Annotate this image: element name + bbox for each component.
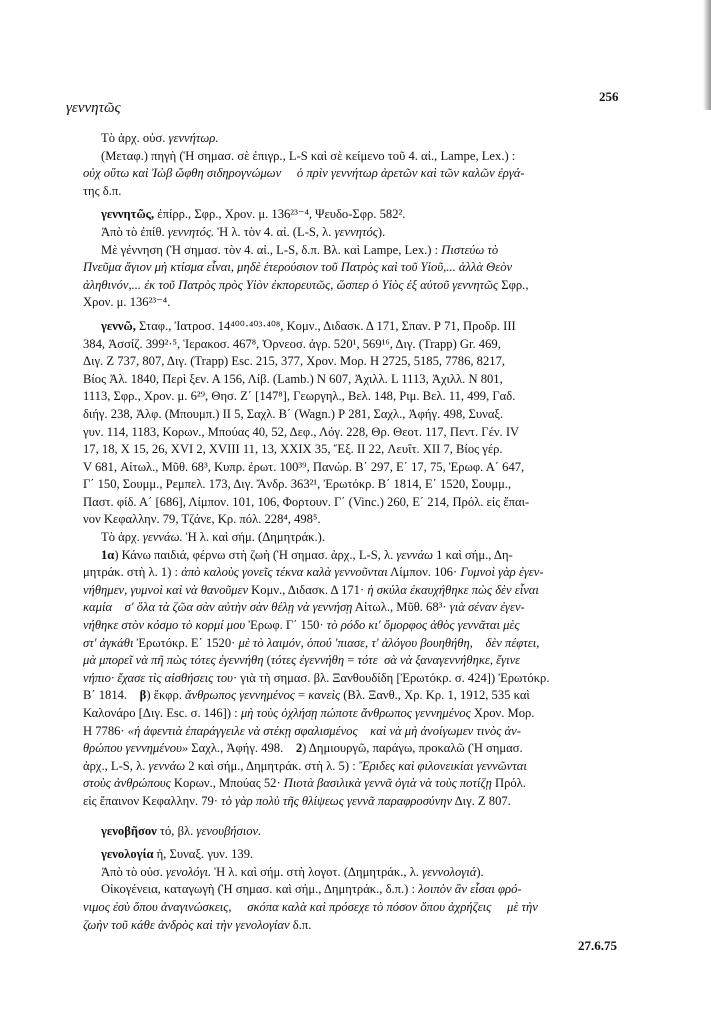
quotation-text: καμία σ' ὅλα τὰ ζῶα σὰν αὐτὴν σὰν θέλῃ ν… (83, 600, 352, 614)
quotation-text: Πιοτὰ βασιλικὰ γεννᾶ ὀγιὰ νὰ τοὺς ποτίζῃ (284, 776, 492, 790)
text-line: νήθημεν, γυμνοὶ καὶ νὰ θανοῦμεν Κομν., Δ… (83, 582, 623, 600)
text-segment: Γ΄ 150, Σουμμ., Ρεμπελ. 173, Διγ. Ἄνδρ. … (83, 477, 511, 491)
text-segment: Παστ. φίδ. Α΄ [686], Λίμπον. 101, 106, Φ… (83, 495, 529, 509)
text-segment: Τὸ ἀρχ. (101, 530, 143, 544)
quotation-text: Πνεῦμα ἅγιον μὴ κτίσμα εἶναι, μηδὲ ἑτερο… (83, 260, 512, 274)
text-line: θρώπου γεννημένου» Σαχλ., Ἀφήγ. 498. 2) … (83, 740, 623, 758)
text-segment: 17, 18, Χ 15, 26, XVI 2, XVIII 11, 13, X… (83, 442, 503, 456)
text-segment: · γιὰ τὴ σημασ. βλ. Ξανθουδίδη [Ἐρωτόκρ.… (233, 671, 550, 685)
quotation-text: γεννητός (335, 225, 378, 239)
text-segment: ). (378, 225, 385, 239)
quotation-text: τότε σὰ νὰ ξαναγεννήθηκε, ἔγινε (358, 653, 521, 667)
quotation-text: «ἡ ἀφεντιὰ ἐπαράγγειλε νὰ στέκῃ σφαλισμέ… (128, 724, 521, 738)
quotation-text: στοὺς ἀνθρώπους (83, 776, 171, 790)
quotation-text: μὲ τὸ λαιμόν, ὁπού 'πιασε, τ' ἀλόγου βου… (238, 636, 539, 650)
text-segment: διήγ. 238, Ἀλφ. (Μπουμπ.) II 5, Σαχλ. Β΄… (83, 407, 503, 421)
text-segment: Σαχλ., Ἀφήγ. 498. (188, 741, 296, 755)
text-line: στ' ἀγκάθι Ἐρωτόκρ. Ε΄ 1520· μὲ τὸ λαιμό… (83, 635, 623, 653)
text-line: διήγ. 238, Ἀλφ. (Μπουμπ.) II 5, Σαχλ. Β΄… (83, 406, 623, 424)
text-line: 17, 18, Χ 15, 26, XVI 2, XVIII 11, 13, X… (83, 441, 623, 459)
text-line: Χρον. μ. 136²³⁻⁴. (83, 294, 623, 312)
quotation-text: γεννάω. (143, 530, 183, 544)
text-segment: Ἀπὸ τὸ ἐπίθ. (101, 225, 168, 239)
text-segment: ) Δημιουργῶ, παράγω, προκαλῶ (Ἡ σημασ. (302, 741, 523, 755)
text-segment: Λίμπον. 106· (388, 565, 461, 579)
text-line: Ἀπὸ τὸ οὐσ. γενολόγι. Ἡ λ. καὶ σήμ. στὴ … (83, 864, 623, 882)
text-segment: ἀρχ., L-S, λ. (83, 759, 149, 773)
headword: γενολογία (101, 847, 154, 861)
text-segment: Μὲ γέννηση (Ἡ σημασ. τὸν 4. αἰ., L-S, δ.… (101, 243, 441, 257)
text-segment: δ.π. (290, 918, 312, 932)
text-line: ἀληθινόν,... ἐκ τοῦ Πατρὸς πρὸς Υἱὸν ἐκπ… (83, 277, 623, 295)
text-line: 1α) Κάνω παιδιά, φέρνω στὴ ζωὴ (Ἡ σημασ.… (83, 547, 623, 565)
text-segment: Κορων., Μπούας 52· (171, 776, 284, 790)
dictionary-body: Τὸ ἀρχ. οὐσ. γεννήτωρ.(Μεταφ.) πηγὴ (Ἡ σ… (83, 130, 623, 934)
quotation-text: γενουβήσιον. (196, 824, 261, 838)
text-segment: Ἡ λ. καὶ σήμ. στὴ λογοτ. (Δημητράκ., λ. (211, 865, 422, 879)
text-line: Τὸ ἀρχ. οὐσ. γεννήτωρ. (83, 130, 623, 148)
text-line: της δ.π. (83, 183, 623, 201)
text-segment: μητράκ. στὴ λ. 1) : (83, 565, 181, 579)
text-line: μητράκ. στὴ λ. 1) : ἀπὸ καλοὺς γονεῖς τέ… (83, 564, 623, 582)
text-segment: (Βλ. Ξανθ., Χρ. Κρ. 1, 1912, 535 καὶ (340, 688, 530, 702)
quotation-text: ἄνθρωπος γεννημένος (185, 688, 295, 702)
text-line: καμία σ' ὅλα τὰ ζῶα σὰν αὐτὴν σὰν θέλῃ ν… (83, 599, 623, 617)
text-line: ἀρχ., L-S, λ. γεννάω 2 καὶ σήμ., Δημητρά… (83, 758, 623, 776)
text-segment: = (295, 688, 308, 702)
quotation-text: στ' ἀγκάθι (83, 636, 133, 650)
text-line: Οἰκογένεια, καταγωγὴ (Ἡ σημασ. καὶ σήμ.,… (83, 881, 623, 899)
text-segment: Κομν., Διδασκ. Δ 171· (248, 583, 367, 597)
text-line: Καλονάρο [Διγ. Esc. σ. 146]) : μὴ τοὺς ὀ… (83, 705, 623, 723)
quotation-text: νιμος ἐσὺ ὅπου ἀναγινώσκεις, σκόπα καλὰ … (83, 900, 538, 914)
quotation-text: λοιπὸν ἂν εἶσαι φρό- (418, 882, 521, 896)
text-line: V 681, Αἰτωλ., Μῦθ. 68³, Κυπρ. ἐρωτ. 100… (83, 459, 623, 477)
text-line: γενολογία ἡ, Συναξ. γυν. 139. (83, 846, 623, 864)
quotation-text: μὰ μπορεῖ νὰ πῆ πὼς τότες ἐγεννήθη (83, 653, 263, 667)
text-segment: ) ἔκφρ. (146, 688, 185, 702)
text-line: γενοβῆσον τό, βλ. γενουβήσιον. (83, 823, 623, 841)
quotation-text: γεννολογιά (422, 865, 476, 879)
text-line: Βίος Ἀλ. 1840, Περὶ ξεν. Α 156, Λίβ. (La… (83, 371, 623, 389)
text-segment: Ἀπὸ τὸ οὐσ. (101, 865, 166, 879)
text-segment: Ἐρωτόκρ. Ε΄ 1520· (133, 636, 238, 650)
quotation-text: Πιστεύω τὸ (441, 243, 498, 257)
text-segment: Τὸ ἀρχ. οὐσ. (101, 131, 169, 145)
quotation-text: θρώπου γεννημένου» (83, 741, 188, 755)
quotation-text: τότες ἐγεννήθη (271, 653, 344, 667)
text-segment: 384, Ἀσσίζ. 399²·⁵, Ἱερακοσ. 467⁸, Ὀρνεο… (83, 337, 501, 351)
text-segment: Σφρ., (498, 278, 528, 292)
running-head: γεννητῶς (66, 100, 121, 117)
text-line: Β΄ 1814. β) ἔκφρ. ἄνθρωπος γεννημένος = … (83, 687, 623, 705)
quotation-text: γιὰ σέναν ἐγεν- (450, 600, 525, 614)
text-segment: Χρον. μ. 136²³⁻⁴. (83, 295, 170, 309)
text-segment: τό, βλ. (157, 824, 197, 838)
text-line: γεννῶ, Σταφ., Ἰατροσ. 14⁴⁰⁰·⁴⁰³·⁴⁰⁸, Κομ… (83, 318, 623, 336)
headword: γεννῶ, (101, 319, 136, 333)
text-segment: Ἡ λ. τὸν 4. αἰ. (L-S, λ. (214, 225, 334, 239)
text-segment: Ἐρωφ. Γ΄ 150· (245, 618, 327, 632)
quotation-text: γενολόγι. (166, 865, 211, 879)
text-segment: Βίος Ἀλ. 1840, Περὶ ξεν. Α 156, Λίβ. (La… (83, 372, 503, 386)
quotation-text: γεννάω (396, 548, 433, 562)
text-segment: (Μεταφ.) πηγὴ (Ἡ σημασ. σὲ ἐπιγρ., L-S κ… (101, 149, 515, 163)
dictionary-page: 256 γεννητῶς Τὸ ἀρχ. οὐσ. γεννήτωρ.(Μετα… (0, 0, 711, 1024)
text-line: Διγ. Ζ 737, 807, Διγ. (Trapp) Esc. 215, … (83, 353, 623, 371)
text-segment: ἐπίρρ., Σφρ., Χρον. μ. 136²³⁻⁴, Ψευδο-Σφ… (154, 207, 405, 221)
headword: 1α (101, 548, 114, 562)
quotation-text: οὐχ οὕτω καὶ Ἰὼβ ὤφθη σιδηρογνώμων ὁ πρὶ… (83, 166, 525, 180)
text-line: νήπιο· ἔχασε τὶς αἰσθήσεις του· γιὰ τὴ σ… (83, 670, 623, 688)
text-segment: ( (263, 653, 270, 667)
quotation-text: νήπιο· ἔχασε τὶς αἰσθήσεις του (83, 671, 233, 685)
text-line: 384, Ἀσσίζ. 399²·⁵, Ἱερακοσ. 467⁸, Ὀρνεο… (83, 336, 623, 354)
text-segment: V 681, Αἰτωλ., Μῦθ. 68³, Κυπρ. ἐρωτ. 100… (83, 460, 524, 474)
text-line: Τὸ ἀρχ. γεννάω. Ἡ λ. καὶ σήμ. (Δημητράκ.… (83, 529, 623, 547)
text-line: μὰ μπορεῖ νὰ πῆ πὼς τότες ἐγεννήθη (τότε… (83, 652, 623, 670)
text-segment: Διγ. Ζ 737, 807, Διγ. (Trapp) Esc. 215, … (83, 354, 505, 368)
quotation-text: μὴ τοὺς ὀχλήσῃ πώποτε ἄνθρωπος γεννημένο… (241, 706, 471, 720)
text-segment: γυν. 114, 1183, Κορων., Μπούας 40, 52, Δ… (83, 425, 519, 439)
page-number: 256 (599, 89, 619, 105)
text-segment: 2 καὶ σήμ., Δημητράκ. στὴ λ. 5) : (185, 759, 359, 773)
text-line: Η 7786· «ἡ ἀφεντιὰ ἐπαράγγειλε νὰ στέκῃ … (83, 723, 623, 741)
quotation-text: ζωὴν τοῦ κάθε ἀνδρὸς καὶ τὴν γενολογίαν (83, 918, 290, 932)
text-segment: ἡ, Συναξ. γυν. 139. (154, 847, 254, 861)
quotation-text: κανεὶς (308, 688, 340, 702)
quotation-text: ἀπὸ καλοὺς γονεῖς τέκνα καλὰ γεννοῦνται (181, 565, 388, 579)
quotation-text: γεννήτωρ. (169, 131, 219, 145)
text-line: Γ΄ 150, Σουμμ., Ρεμπελ. 173, Διγ. Ἄνδρ. … (83, 476, 623, 494)
text-segment: = (344, 653, 357, 667)
text-line: (Μεταφ.) πηγὴ (Ἡ σημασ. σὲ ἐπιγρ., L-S κ… (83, 148, 623, 166)
text-line: γυν. 114, 1183, Κορων., Μπούας 40, 52, Δ… (83, 424, 623, 442)
text-segment: Διγ. Ζ 807. (452, 794, 511, 808)
quotation-text: ἀληθινόν,... ἐκ τοῦ Πατρὸς πρὸς Υἱὸν ἐκπ… (83, 278, 498, 292)
text-line: Ἀπὸ τὸ ἐπίθ. γεννητός. Ἡ λ. τὸν 4. αἰ. (… (83, 224, 623, 242)
text-segment: Οἰκογένεια, καταγωγὴ (Ἡ σημασ. καὶ σήμ.,… (101, 882, 418, 896)
text-line: Παστ. φίδ. Α΄ [686], Λίμπον. 101, 106, Φ… (83, 494, 623, 512)
quotation-text: γεννητός. (168, 225, 214, 239)
quotation-text: γεννάω (149, 759, 186, 773)
text-segment: ) Κάνω παιδιά, φέρνω στὴ ζωὴ (Ἡ σημασ. ἀ… (114, 548, 396, 562)
text-line: γεννητῶς, ἐπίρρ., Σφρ., Χρον. μ. 136²³⁻⁴… (83, 206, 623, 224)
text-segment: Αἰτωλ., Μῦθ. 68³· (352, 600, 449, 614)
text-segment: εἰς ἔπαινον Κεφαλλην. 79· (83, 794, 221, 808)
text-segment: της δ.π. (83, 184, 121, 198)
text-segment: 1113, Σφρ., Χρον. μ. 6²⁹, Θησ. Ζ΄ [147⁸]… (83, 389, 515, 403)
text-line: νον Κεφαλλην. 79, Τζάνε, Κρ. πόλ. 228⁴, … (83, 511, 623, 529)
scan-edge-shadow (703, 0, 711, 110)
text-segment: Καλονάρο [Διγ. Esc. σ. 146]) : (83, 706, 241, 720)
quotation-text: τὸ γὰρ πολὺ τῆς θλίψεως γεννᾶ παραφροσύν… (221, 794, 452, 808)
quotation-text: νήθηκε στὸν κόσμο τὸ κορμί μου (83, 618, 245, 632)
headword: γενοβῆσον (101, 824, 157, 838)
text-segment: ). (476, 865, 483, 879)
text-segment: 1 καὶ σήμ., Δη- (433, 548, 513, 562)
quotation-text: τὸ ρόδο κι' ὄμορφος ἀθὸς γεννᾶται μὲς (327, 618, 520, 632)
text-segment: νον Κεφαλλην. 79, Τζάνε, Κρ. πόλ. 228⁴, … (83, 512, 321, 526)
text-segment: Πρόλ. (492, 776, 526, 790)
text-line: νήθηκε στὸν κόσμο τὸ κορμί μου Ἐρωφ. Γ΄ … (83, 617, 623, 635)
text-segment: Σταφ., Ἰατροσ. 14⁴⁰⁰·⁴⁰³·⁴⁰⁸, Κομν., Διδ… (136, 319, 516, 333)
quotation-text: νήθημεν, γυμνοὶ καὶ νὰ θανοῦμεν (83, 583, 248, 597)
text-line: Μὲ γέννηση (Ἡ σημασ. τὸν 4. αἰ., L-S, δ.… (83, 242, 623, 260)
text-line: νιμος ἐσὺ ὅπου ἀναγινώσκεις, σκόπα καλὰ … (83, 899, 623, 917)
headword: γεννητῶς, (101, 207, 154, 221)
text-segment: Η 7786· (83, 724, 128, 738)
quotation-text: ἡ σκύλα ἐκαυχήθηκε πὼς δὲν εἶναι (367, 583, 539, 597)
footer-date: 27.6.75 (578, 938, 617, 954)
text-line: 1113, Σφρ., Χρον. μ. 6²⁹, Θησ. Ζ΄ [147⁸]… (83, 388, 623, 406)
text-line: εἰς ἔπαινον Κεφαλλην. 79· τὸ γὰρ πολὺ τῆ… (83, 793, 623, 811)
text-line: ζωὴν τοῦ κάθε ἀνδρὸς καὶ τὴν γενολογίαν … (83, 917, 623, 935)
text-segment: Ἡ λ. καὶ σήμ. (Δημητράκ.). (183, 530, 325, 544)
quotation-text: Γυμνοὶ γὰρ ἐγεν- (460, 565, 543, 579)
text-line: Πνεῦμα ἅγιον μὴ κτίσμα εἶναι, μηδὲ ἑτερο… (83, 259, 623, 277)
text-segment: Χρον. Μορ. (471, 706, 535, 720)
text-segment: Β΄ 1814. (83, 688, 140, 702)
text-line: στοὺς ἀνθρώπους Κορων., Μπούας 52· Πιοτὰ… (83, 775, 623, 793)
text-line: οὐχ οὕτω καὶ Ἰὼβ ὤφθη σιδηρογνώμων ὁ πρὶ… (83, 165, 623, 183)
quotation-text: Ἔριδες καὶ φιλονεικίαι γεννῶνται (359, 759, 527, 773)
